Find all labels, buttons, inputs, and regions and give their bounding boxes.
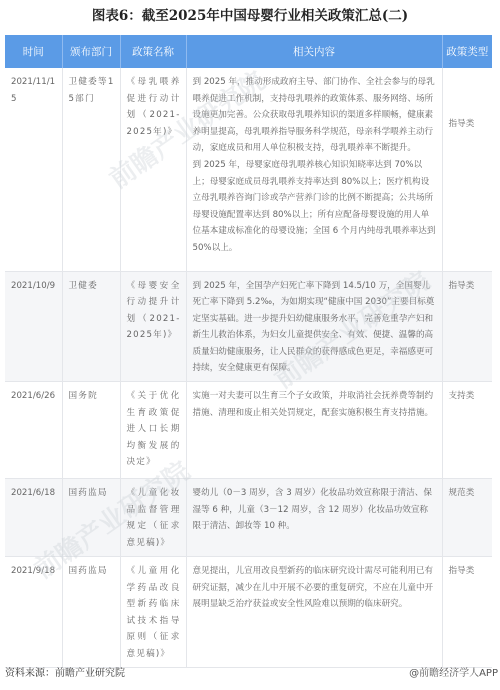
cell-dept: 卫健委: [62, 271, 120, 382]
cell-policy-type: 规范类: [442, 479, 492, 557]
cell-date: 2021/11/15: [5, 68, 62, 271]
cell-dept: 国药监局: [62, 479, 120, 557]
cell-date: 2021/6/26: [5, 382, 62, 479]
header-dept: 颁布部门: [62, 35, 120, 68]
content-paragraph: 到 2025 年，推动形成政府主导、部门协作、全社会参与的母乳喂养促进工作机制，…: [193, 74, 437, 157]
cell-dept: 国务院: [62, 382, 120, 479]
footer: 资料来源：前瞻产业研究院 @前瞻经济学人APP: [0, 664, 500, 684]
cell-policy-name: 《儿童用化学药品改良型新药临床试技术指导原则（征求意见稿)》: [120, 557, 186, 668]
table-row: 2021/10/9 卫健委 《母婴安全行动提升计划（2021-2025年)》 到…: [5, 271, 492, 382]
cell-policy-type: 指导类: [442, 557, 492, 668]
cell-content: 实施一对夫妻可以生育三个子女政策，并取消社会抚养费等制约措施、清理和废止相关处罚…: [186, 382, 442, 479]
header-policy-type: 政策类型: [442, 35, 492, 68]
cell-content: 意见提出，儿宣用改良型新药的临床研究设计需尽可能利用已有研究证据，减少在儿中开展…: [186, 557, 442, 668]
table-row: 2021/6/26 国务院 《关于优化生育政策促进人口长期均衡发展的决定》 实施…: [5, 382, 492, 479]
cell-policy-type: 指导类: [442, 68, 492, 271]
header-date: 时间: [5, 35, 62, 68]
brand-credit: @前瞻经济学人APP: [409, 664, 498, 684]
cell-date: 2021/6/18: [5, 479, 62, 557]
source-note: 资料来源：前瞻产业研究院: [5, 664, 125, 684]
cell-content: 到 2025 年，全国孕产妇死亡率下降到 14.5/10 万，全国婴儿死亡率下降…: [186, 271, 442, 382]
table-row: 2021/11/15 卫健委等15部门 《母乳喂养促进行动计划（2021-202…: [5, 68, 492, 271]
table-header-row: 时间 颁布部门 政策名称 相关内容 政策类型: [5, 35, 492, 68]
table-row: 2021/6/18 国药监局 《儿童化妆品监督管理规定（征求意见稿)》 婴幼儿（…: [5, 479, 492, 557]
cell-policy-name: 《母乳喂养促进行动计划（2021-2025年)》: [120, 68, 186, 271]
cell-date: 2021/10/9: [5, 271, 62, 382]
cell-policy-name: 《儿童化妆品监督管理规定（征求意见稿)》: [120, 479, 186, 557]
cell-date: 2021/9/18: [5, 557, 62, 668]
page-title: 图表6：截至2025年中国母婴行业相关政策汇总(二): [0, 4, 500, 28]
cell-policy-name: 《母婴安全行动提升计划（2021-2025年)》: [120, 271, 186, 382]
cell-content: 到 2025 年，推动形成政府主导、部门协作、全社会参与的母乳喂养促进工作机制，…: [186, 68, 442, 271]
header-policy-name: 政策名称: [120, 35, 186, 68]
cell-dept: 卫健委等15部门: [62, 68, 120, 271]
cell-policy-type: 支持类: [442, 382, 492, 479]
content-paragraph: 到 2025 年，母婴家庭母乳喂养核心知识知晓率达到 70%以上；母婴家庭成员母…: [193, 157, 437, 257]
table-row: 2021/9/18 国药监局 《儿童用化学药品改良型新药临床试技术指导原则（征求…: [5, 557, 492, 668]
cell-dept: 国药监局: [62, 557, 120, 668]
cell-content: 婴幼儿（0－3 周岁，含 3 周岁）化妆品功效宣称限于清洁、保湿等 6 种，儿童…: [186, 479, 442, 557]
policy-table-container: 时间 颁布部门 政策名称 相关内容 政策类型 2021/11/15 卫健委等15…: [5, 35, 492, 668]
cell-policy-name: 《关于优化生育政策促进人口长期均衡发展的决定》: [120, 382, 186, 479]
policy-table: 时间 颁布部门 政策名称 相关内容 政策类型 2021/11/15 卫健委等15…: [5, 35, 492, 668]
cell-policy-type: 指导类: [442, 271, 492, 382]
header-content: 相关内容: [186, 35, 442, 68]
